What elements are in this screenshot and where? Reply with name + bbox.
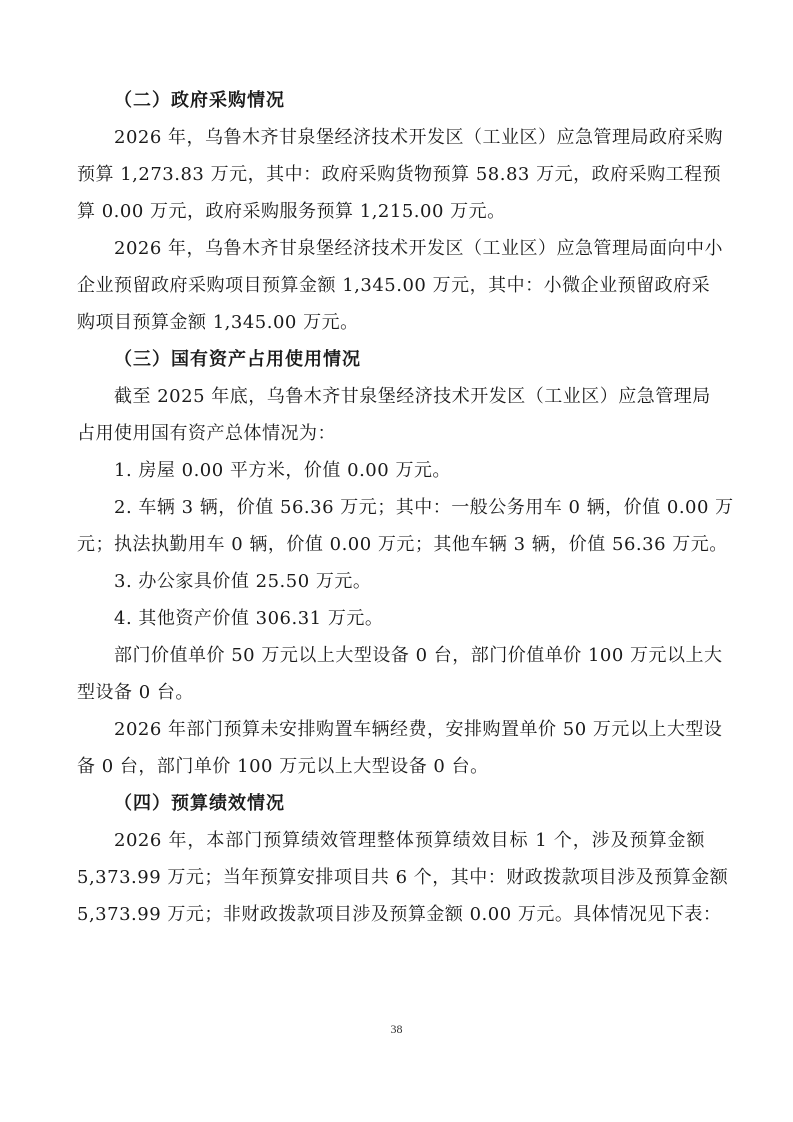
paragraph-line: 预算 1,273.83 万元，其中：政府采购货物预算 58.83 万元，政府采购…: [77, 162, 705, 188]
list-item-housing: 1. 房屋 0.00 平方米，价值 0.00 万元。: [114, 458, 705, 484]
paragraph-line: 购项目预算金额 1,345.00 万元。: [77, 310, 705, 336]
paragraph-line: 算 0.00 万元，政府采购服务预算 1,215.00 万元。: [77, 199, 705, 225]
paragraph-line: 型设备 0 台。: [77, 680, 705, 706]
document-page: （二）政府采购情况 2026 年，乌鲁木齐甘泉堡经济技术开发区（工业区）应急管理…: [0, 0, 793, 1122]
paragraph-line: 2026 年部门预算未安排购置车辆经费，安排购置单价 50 万元以上大型设: [114, 717, 705, 743]
paragraph-line: 截至 2025 年底，乌鲁木齐甘泉堡经济技术开发区（工业区）应急管理局: [114, 384, 705, 410]
list-item-furniture: 3. 办公家具价值 25.50 万元。: [114, 569, 705, 595]
section-heading-procurement: （二）政府采购情况: [114, 88, 285, 114]
paragraph-line: 2026 年，本部门预算绩效管理整体预算绩效目标 1 个，涉及预算金额: [114, 828, 705, 854]
paragraph-line: 5,373.99 万元；非财政拨款项目涉及预算金额 0.00 万元。具体情况见下…: [77, 902, 705, 928]
list-item-other-assets: 4. 其他资产价值 306.31 万元。: [114, 606, 705, 632]
list-item-vehicles-cont: 元；执法执勤用车 0 辆，价值 0.00 万元；其他车辆 3 辆，价值 56.3…: [77, 532, 705, 558]
page-number: 38: [0, 1022, 793, 1037]
paragraph-line: 备 0 台，部门单价 100 万元以上大型设备 0 台。: [77, 754, 705, 780]
paragraph-line: 企业预留政府采购项目预算金额 1,345.00 万元，其中：小微企业预留政府采: [77, 273, 705, 299]
paragraph-line: 5,373.99 万元；当年预算安排项目共 6 个，其中：财政拨款项目涉及预算金…: [77, 865, 705, 891]
section-heading-state-assets: （三）国有资产占用使用情况: [114, 347, 361, 373]
paragraph-line: 2026 年，乌鲁木齐甘泉堡经济技术开发区（工业区）应急管理局面向中小: [114, 236, 705, 262]
paragraph-line: 占用使用国有资产总体情况为：: [77, 421, 705, 447]
paragraph-line: 2026 年，乌鲁木齐甘泉堡经济技术开发区（工业区）应急管理局政府采购: [114, 125, 705, 151]
list-item-vehicles: 2. 车辆 3 辆，价值 56.36 万元；其中：一般公务用车 0 辆，价值 0…: [114, 495, 705, 521]
paragraph-line: 部门价值单价 50 万元以上大型设备 0 台，部门价值单价 100 万元以上大: [114, 643, 705, 669]
section-heading-performance: （四）预算绩效情况: [114, 791, 285, 817]
